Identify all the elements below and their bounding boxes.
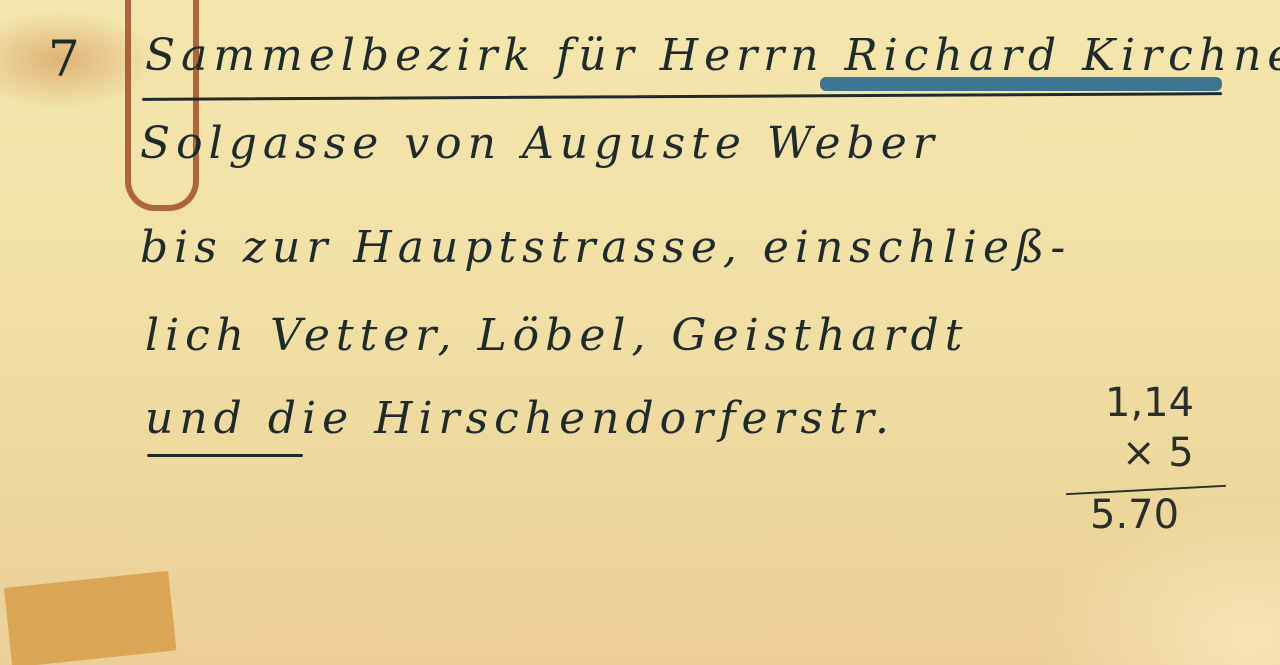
heading-line: Sammelbezirk für Herrn Richard Kirchner: [145, 30, 1280, 81]
text-line-5: und die Hirschendorferstr. [145, 393, 895, 444]
text-line-2: Solgasse von Auguste Weber [140, 118, 940, 169]
calc-result: 5.70 [1090, 492, 1179, 538]
tape-stain [4, 571, 176, 665]
text-line-3: bis zur Hauptstrasse, einschließ- [140, 222, 1071, 273]
entry-number: 7 [48, 30, 86, 88]
text-line-4: lich Vetter, Löbel, Geisthardt [145, 310, 968, 361]
und-underline [147, 454, 303, 457]
calc-multiplier: × 5 [1122, 430, 1194, 476]
calc-operand: 1,14 [1105, 380, 1194, 426]
